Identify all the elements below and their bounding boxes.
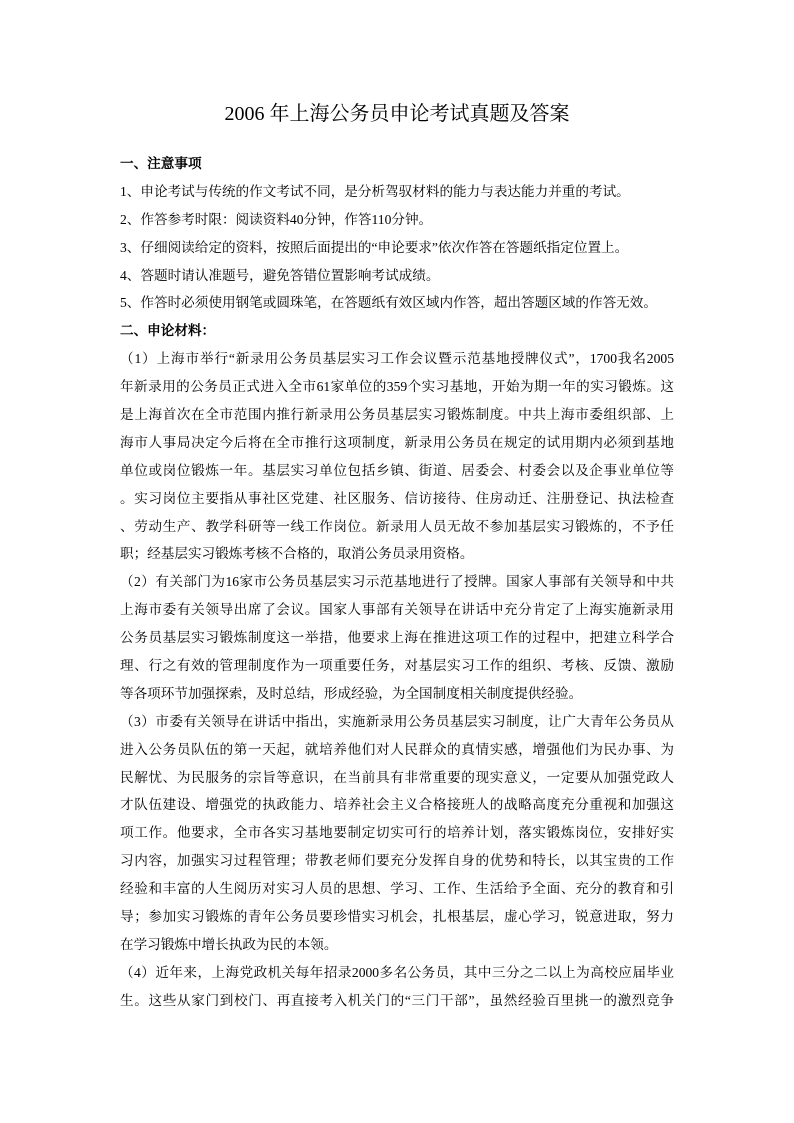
notice-item: 3、仔细阅读给定的资料，按照后面提出的“申论要求”依次作答在答题纸指定位置上。 xyxy=(120,234,674,262)
material-paragraph-line: 单位或岗位锻炼一年。基层实习单位包括乡镇、街道、居委会、村委会以及企事业单位等 xyxy=(120,457,674,485)
document-title: 2006 年上海公务员申论考试真题及答案 xyxy=(120,101,674,127)
material-paragraph-line: 是上海首次在全市范围内推行新录用公务员基层实习锻炼制度。中共上海市委组织部、上 xyxy=(120,401,674,429)
material-paragraph-line: 民解忧、为民服务的宗旨等意识，在当前具有非常重要的现实意义，一定要从加强党政人 xyxy=(120,764,674,792)
material-paragraph-line: 进入公务员队伍的第一天起，就培养他们对人民群众的真情实感，增强他们为民办事、为 xyxy=(120,736,674,764)
material-paragraph-line: （2）有关部门为16家市公务员基层实习示范基地进行了授牌。国家人事部有关领导和中… xyxy=(120,568,674,596)
material-paragraph-line: 项工作。他要求，全市各实习基地要制定切实可行的培养计划，落实锻炼岗位，安排好实 xyxy=(120,819,674,847)
material-paragraph-line: 在学习锻炼中增长执政为民的本领。 xyxy=(120,931,674,959)
material-paragraph-line: 经验和丰富的人生阅历对实习人员的思想、学习、工作、生活给予全面、充分的教育和引 xyxy=(120,875,674,903)
material-paragraph-line: 等各项环节加强探索，及时总结，形成经验，为全国制度相关制度提供经验。 xyxy=(120,680,674,708)
material-paragraph-line: 生。这些从家门到校门、再直接考入机关门的“三门干部”，虽然经验百里挑一的激烈竞争 xyxy=(120,987,674,1015)
material-paragraph-line: （1）上海市举行“新录用公务员基层实习工作会议暨示范基地授牌仪式”，1700我名… xyxy=(120,345,674,373)
notice-item: 5、作答时必须使用钢笔或圆珠笔，在答题纸有效区域内作答，超出答题区域的作答无效。 xyxy=(120,289,674,317)
section-heading: 一、注意事项 xyxy=(120,150,674,178)
material-paragraph-line: 年新录用的公务员正式进入全市61家单位的359个实习基地，开始为期一年的实习锻炼… xyxy=(120,373,674,401)
material-paragraph-line: （4）近年来，上海党政机关每年招录2000多名公务员，其中三分之二以上为高校应届… xyxy=(120,959,674,987)
material-paragraph-line: 才队伍建设、增强党的执政能力、培养社会主义合格接班人的战略高度充分重视和加强这 xyxy=(120,791,674,819)
material-paragraph-line: 海市人事局决定今后将在全市推行这项制度，新录用公务员在规定的试用期内必须到基地 xyxy=(120,429,674,457)
notice-item: 2、作答参考时限：阅读资料40分钟，作答110分钟。 xyxy=(120,206,674,234)
notice-item: 4、答题时请认准题号，避免答错位置影响考试成绩。 xyxy=(120,262,674,290)
notice-item: 1、申论考试与传统的作文考试不同，是分析驾驭材料的能力与表达能力并重的考试。 xyxy=(120,178,674,206)
material-paragraph-line: 导；参加实习锻炼的青年公务员要珍惜实习机会，扎根基层，虚心学习，锐意进取，努力 xyxy=(120,903,674,931)
material-paragraph-line: （3）市委有关领导在讲话中指出，实施新录用公务员基层实习制度，让广大青年公务员从 xyxy=(120,708,674,736)
material-paragraph-line: 理、行之有效的管理制度作为一项重要任务，对基层实习工作的组织、考核、反馈、激励 xyxy=(120,652,674,680)
material-paragraph-line: 。实习岗位主要指从事社区党建、社区服务、信访接待、住房动迁、注册登记、执法检查 xyxy=(120,485,674,513)
material-paragraph-line: 上海市委有关领导出席了会议。国家人事部有关领导在讲话中充分肯定了上海实施新录用 xyxy=(120,596,674,624)
document-page: 2006 年上海公务员申论考试真题及答案 一、注意事项1、申论考试与传统的作文考… xyxy=(120,101,674,1015)
document-body: 一、注意事项1、申论考试与传统的作文考试不同，是分析驾驭材料的能力与表达能力并重… xyxy=(120,150,674,1015)
material-paragraph-line: 、劳动生产、教学科研等一线工作岗位。新录用人员无故不参加基层实习锻炼的，不予任 xyxy=(120,513,674,541)
material-paragraph-line: 公务员基层实习锻炼制度这一举措，他要求上海在推进这项工作的过程中，把建立科学合 xyxy=(120,624,674,652)
material-paragraph-line: 习内容，加强实习过程管理；带教老师们要充分发挥自身的优势和特长，以其宝贵的工作 xyxy=(120,847,674,875)
section-heading: 二、申论材料： xyxy=(120,317,674,345)
material-paragraph-line: 职；经基层实习锻炼考核不合格的，取消公务员录用资格。 xyxy=(120,540,674,568)
